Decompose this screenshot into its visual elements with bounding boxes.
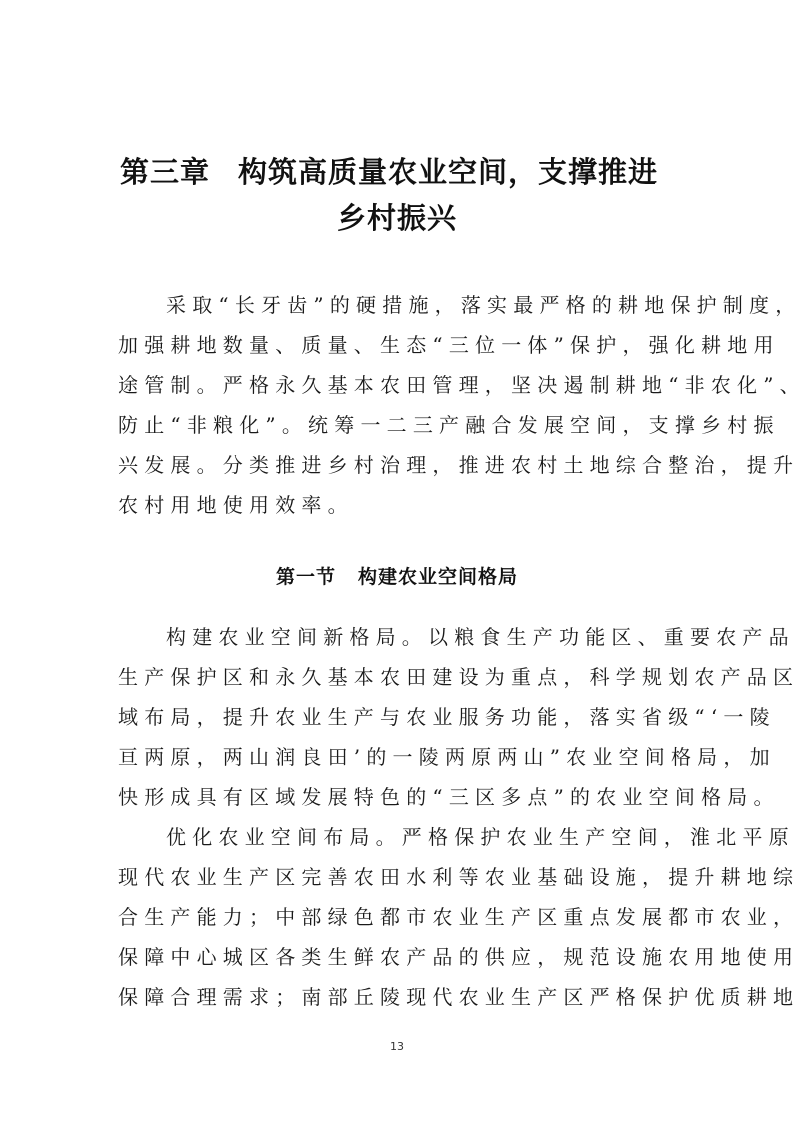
chapter-title: 第三章构筑高质量农业空间，支撑推进 乡村振兴	[100, 149, 694, 241]
paragraph-line: 农村用地使用效率。	[118, 485, 684, 525]
paragraph-line: 现代农业生产区完善农田水利等农业基础设施，提升耕地综	[118, 857, 684, 897]
paragraph-line: 加强耕地数量、质量、生态“三位一体”保护，强化耕地用	[118, 325, 684, 365]
paragraph-line: 途管制。严格永久基本农田管理，坚决遏制耕地“非农化”、	[118, 365, 684, 405]
section-title: 第一节构建农业空间格局	[100, 562, 694, 592]
paragraph-line: 生产保护区和永久基本农田建设为重点，科学规划农产品区	[118, 657, 684, 697]
section-number: 第一节	[276, 566, 336, 588]
paragraph-line: 保障中心城区各类生鲜农产品的供应，规范设施农用地使用，	[118, 937, 684, 977]
document-page: 第三章构筑高质量农业空间，支撑推进 乡村振兴 采取“长牙齿”的硬措施，落实最严格…	[0, 0, 794, 1122]
intro-paragraph: 采取“长牙齿”的硬措施，落实最严格的耕地保护制度， 加强耕地数量、质量、生态“三…	[118, 285, 684, 525]
chapter-title-line1: 第三章构筑高质量农业空间，支撑推进	[100, 149, 694, 195]
paragraph-line: 合生产能力；中部绿色都市农业生产区重点发展都市农业，	[118, 897, 684, 937]
paragraph-line: 构建农业空间新格局。以粮食生产功能区、重要农产品	[118, 617, 684, 657]
paragraph-line: 保障合理需求；南部丘陵现代农业生产区严格保护优质耕地，	[118, 977, 684, 1017]
paragraph-line: 兴发展。分类推进乡村治理，推进农村土地综合整治，提升	[118, 445, 684, 485]
section-paragraph-1: 构建农业空间新格局。以粮食生产功能区、重要农产品 生产保护区和永久基本农田建设为…	[118, 617, 684, 817]
paragraph-line: 亘两原，两山润良田’的一陵两原两山”农业空间格局，加	[118, 737, 684, 777]
paragraph-line: 防止“非粮化”。统筹一二三产融合发展空间，支撑乡村振	[118, 405, 684, 445]
paragraph-line: 采取“长牙齿”的硬措施，落实最严格的耕地保护制度，	[118, 285, 684, 325]
chapter-title-line2: 乡村振兴	[100, 195, 694, 241]
paragraph-line: 域布局，提升农业生产与农业服务功能，落实省级“‘一陵	[118, 697, 684, 737]
section-paragraph-2: 优化农业空间布局。严格保护农业生产空间，淮北平原 现代农业生产区完善农田水利等农…	[118, 817, 684, 1017]
chapter-number: 第三章	[120, 155, 210, 189]
paragraph-line: 优化农业空间布局。严格保护农业生产空间，淮北平原	[118, 817, 684, 857]
page-number: 13	[0, 1040, 794, 1053]
paragraph-line: 快形成具有区域发展特色的“三区多点”的农业空间格局。	[118, 777, 684, 817]
chapter-title-text: 构筑高质量农业空间，支撑推进	[238, 155, 658, 189]
section-title-text: 构建农业空间格局	[358, 566, 518, 588]
